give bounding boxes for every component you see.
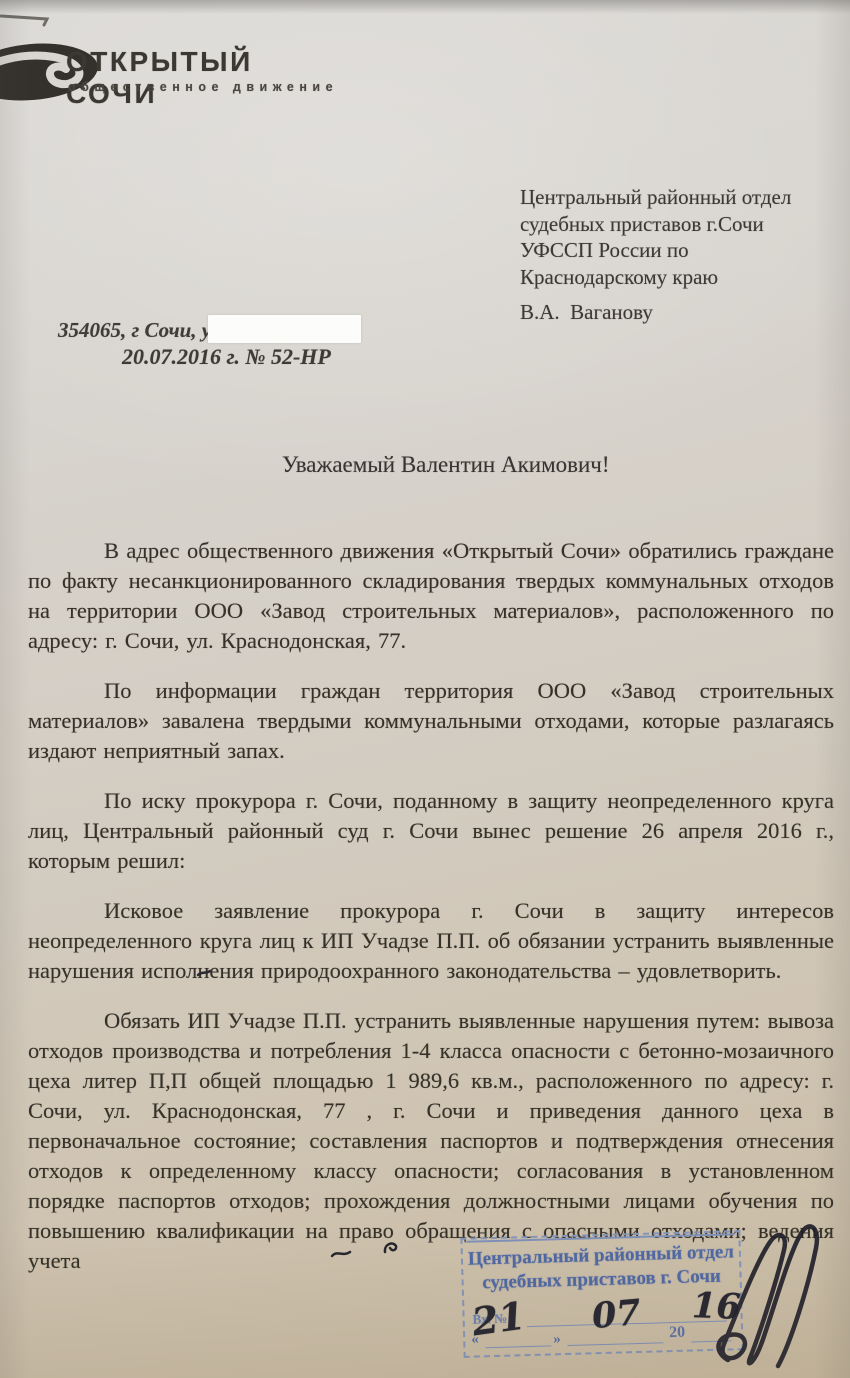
paragraph: В адрес общественного движения «Открытый… — [28, 536, 834, 656]
paragraph: Исковое заявление прокурора г. Сочи в за… — [28, 896, 834, 986]
logo-title: ОТКРЫТЫЙ СОЧИ — [66, 46, 340, 110]
paragraph: По иску прокурора г. Сочи, поданному в з… — [28, 786, 834, 876]
org-logo: ОТКРЫТЫЙ СОЧИ общественное движение — [0, 30, 340, 120]
stamp-year-prefix: 20 — [669, 1324, 685, 1342]
stamp-day-blank-line — [485, 1345, 551, 1348]
recipient-block: Центральный районный отдел судебных прис… — [520, 184, 791, 326]
recipient-person: В.А. Ваганову — [520, 299, 791, 326]
recipient-line: Краснодарскому краю — [520, 264, 791, 291]
ink-mark — [330, 1248, 352, 1260]
recipient-line: судебных приставов г.Сочи — [520, 211, 791, 238]
logo-subtitle: общественное движение — [68, 80, 338, 94]
handwritten-day: 21 — [469, 1293, 528, 1345]
redaction-box — [208, 315, 361, 343]
paperclip-mark — [0, 10, 64, 28]
outgoing-ref: 20.07.2016 г. № 52-НР — [122, 344, 331, 370]
letter-body: В адрес общественного движения «Открытый… — [28, 536, 834, 1296]
handwritten-month: 07 — [590, 1292, 642, 1337]
ink-mark — [382, 1240, 400, 1256]
scanned-letter-page: ОТКРЫТЫЙ СОЧИ общественное движение Цент… — [0, 0, 850, 1378]
sender-address: 354065, г Сочи, ул. — [58, 318, 232, 343]
salutation: Уважаемый Валентин Акимович! — [282, 452, 610, 478]
recipient-line: Центральный районный отдел — [520, 184, 791, 211]
stamp-month-blank-line — [567, 1342, 663, 1346]
signature — [698, 1222, 848, 1374]
ink-mark — [196, 968, 212, 978]
paragraph: По информации граждан территория ООО «За… — [28, 676, 834, 766]
recipient-line: УФССП России по — [520, 237, 791, 264]
stamp-quote-close: » — [553, 1331, 561, 1348]
